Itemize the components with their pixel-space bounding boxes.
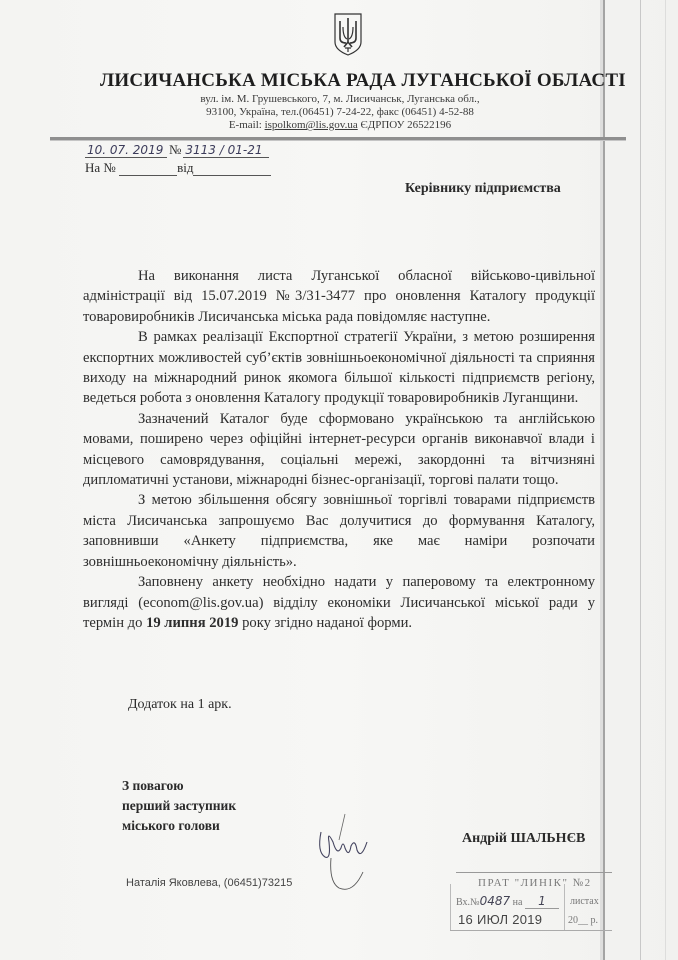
edrpou-code: ЄДРПОУ 26522196: [360, 119, 451, 131]
closing-block: З повагою перший заступник міського голо…: [122, 776, 236, 836]
incoming-registration-stamp: ПРАТ "ЛИНІК" №2 Вх.№0487 на 1 листах 16 …: [450, 870, 612, 932]
outgoing-number: 3113 / 01-21: [183, 143, 269, 158]
email-edrpou-line: E-mail: ispolkom@lis.gov.ua ЄДРПОУ 26522…: [100, 119, 580, 131]
scanned-letter-page: ЛИСИЧАНСЬКА МІСЬКА РАДА ЛУГАНСЬКОЇ ОБЛАС…: [0, 0, 678, 960]
number-sign: №: [169, 142, 181, 157]
reply-to-number-blank: [119, 163, 177, 176]
scan-edge-line: [603, 0, 605, 960]
tryzub-coat-of-arms-icon: [333, 12, 363, 56]
reply-to-date-blank: [193, 163, 271, 176]
scan-edge-line: [640, 0, 641, 960]
stamp-border: [456, 872, 612, 873]
outgoing-date: 10. 07. 2019: [85, 143, 167, 158]
stamp-registration: Вх.№0487 на 1: [456, 894, 559, 909]
stamp-year-label: 20__ р.: [568, 915, 598, 926]
stamp-border: [450, 930, 612, 931]
email-label: E-mail:: [229, 119, 262, 131]
body-paragraph: В рамках реалізації Експортної стратегії…: [83, 327, 595, 409]
body-paragraph: З метою збільшення обсягу зовнішньої тор…: [83, 490, 595, 572]
outgoing-reference: 10. 07. 2019№3113 / 01-21: [85, 142, 269, 158]
scan-edge-line: [665, 0, 666, 960]
stamp-organization: ПРАТ "ЛИНІК" №2: [478, 877, 592, 889]
signer-name: Андрій ШАЛЬНЄВ: [462, 831, 585, 847]
handwritten-signature-icon: [315, 812, 375, 892]
stamp-on-label: на: [513, 897, 523, 908]
body-paragraph-deadline: Заповнену анкету необхідно надати у папе…: [83, 572, 595, 633]
closing-regards: З повагою: [122, 776, 236, 796]
addressee: Керівнику підприємства: [405, 181, 561, 197]
stamp-sheets-label: листах: [570, 896, 599, 907]
stamp-reg-label: Вх.№: [456, 897, 480, 908]
email-link[interactable]: ispolkom@lis.gov.ua: [265, 119, 358, 131]
stamp-border: [564, 884, 565, 930]
body-paragraph: На виконання листа Луганської обласної в…: [83, 266, 595, 327]
stamp-sheets-count: 1: [525, 894, 559, 909]
executor-contact: Наталія Яковлева, (06451)73215: [126, 877, 292, 889]
deadline-date: 19 липня 2019: [146, 615, 238, 631]
appendix-note: Додаток на 1 арк.: [128, 697, 232, 713]
signer-position-cont: міського голови: [122, 816, 236, 836]
address-contacts-line: 93100, Україна, тел.(06451) 7-24-22, фак…: [100, 106, 580, 118]
stamp-border: [450, 884, 451, 930]
letter-body: На виконання листа Луганської обласної в…: [83, 266, 595, 633]
reply-to-label: На №: [85, 160, 116, 175]
deadline-text-end: року згідно наданої форми.: [238, 615, 412, 631]
address-line: вул. ім. М. Грушевського, 7, м. Лисичанс…: [100, 93, 580, 105]
from-label: від: [177, 160, 193, 175]
body-paragraph: Зазначений Каталог буде сформовано украї…: [83, 409, 595, 491]
stamp-reg-number: 0487: [480, 894, 511, 908]
letterhead-divider: [50, 137, 626, 141]
organization-title: ЛИСИЧАНСЬКА МІСЬКА РАДА ЛУГАНСЬКОЇ ОБЛАС…: [100, 70, 580, 92]
signer-position: перший заступник: [122, 796, 236, 816]
stamp-date: 16 ИЮЛ 2019: [458, 912, 542, 927]
reply-to-reference: На № від: [85, 160, 271, 176]
